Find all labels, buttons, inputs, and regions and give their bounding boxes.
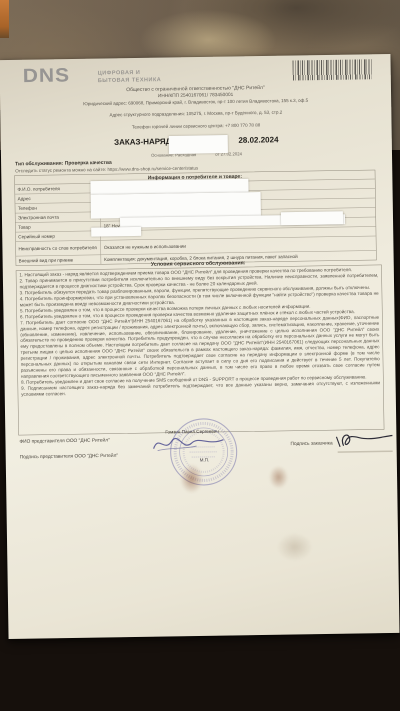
terms-item: 7. Потребитель дает согласие ООО "ДНС Ри… (20, 314, 380, 379)
photo-of-service-order: { "brand": { "logo_text": "DNS", "taglin… (0, 0, 400, 711)
stamp-place-abbr: М.П. (200, 457, 210, 462)
paper-sheet: DNS ЦИФРОВАЯ И БЫТОВАЯ ТЕХНИКА Общество … (0, 54, 400, 639)
customer-signature (332, 428, 395, 453)
division-address: Адрес структурного подразделения: 105275… (0, 108, 391, 119)
terms-box: 1. Настоящий заказ - наряд является подт… (16, 265, 385, 436)
redaction-box (91, 227, 141, 237)
wood-edge-strip (0, 0, 9, 38)
document-content: DNS ЦИФРОВАЯ И БЫТОВАЯ ТЕХНИКА Общество … (0, 54, 400, 639)
rep-sign-label: Подпись представителя ООО "ДНС Ритейл" (20, 453, 118, 460)
order-date: 28.02.2024 (238, 136, 278, 146)
rep-name-label: ФИО представителя ООО "ДНС Ритейл" (19, 437, 109, 444)
barcode (293, 59, 372, 80)
field-label: Неисправность со слов потребителя (16, 241, 101, 256)
hotline-phone: Телефон горячей линии сервисного центра:… (1, 120, 392, 131)
rep-signature (148, 430, 228, 457)
tagline-line2: БЫТОВАЯ ТЕХНИКА (98, 76, 162, 84)
dns-logo: DNS (23, 64, 71, 87)
stain-smudge (269, 466, 288, 489)
service-type-line: Тип обслуживания: Проверка качества (15, 160, 112, 167)
redaction-box (169, 135, 228, 154)
dns-logo-tagline: ЦИФРОВАЯ И БЫТОВАЯ ТЕХНИКА (98, 69, 162, 85)
redaction-box (281, 211, 343, 225)
customer-sign-label: Подпись заказчика (290, 440, 332, 446)
stain-smudge (277, 533, 312, 562)
stain-smudge (180, 464, 203, 493)
redaction-box (91, 192, 261, 219)
